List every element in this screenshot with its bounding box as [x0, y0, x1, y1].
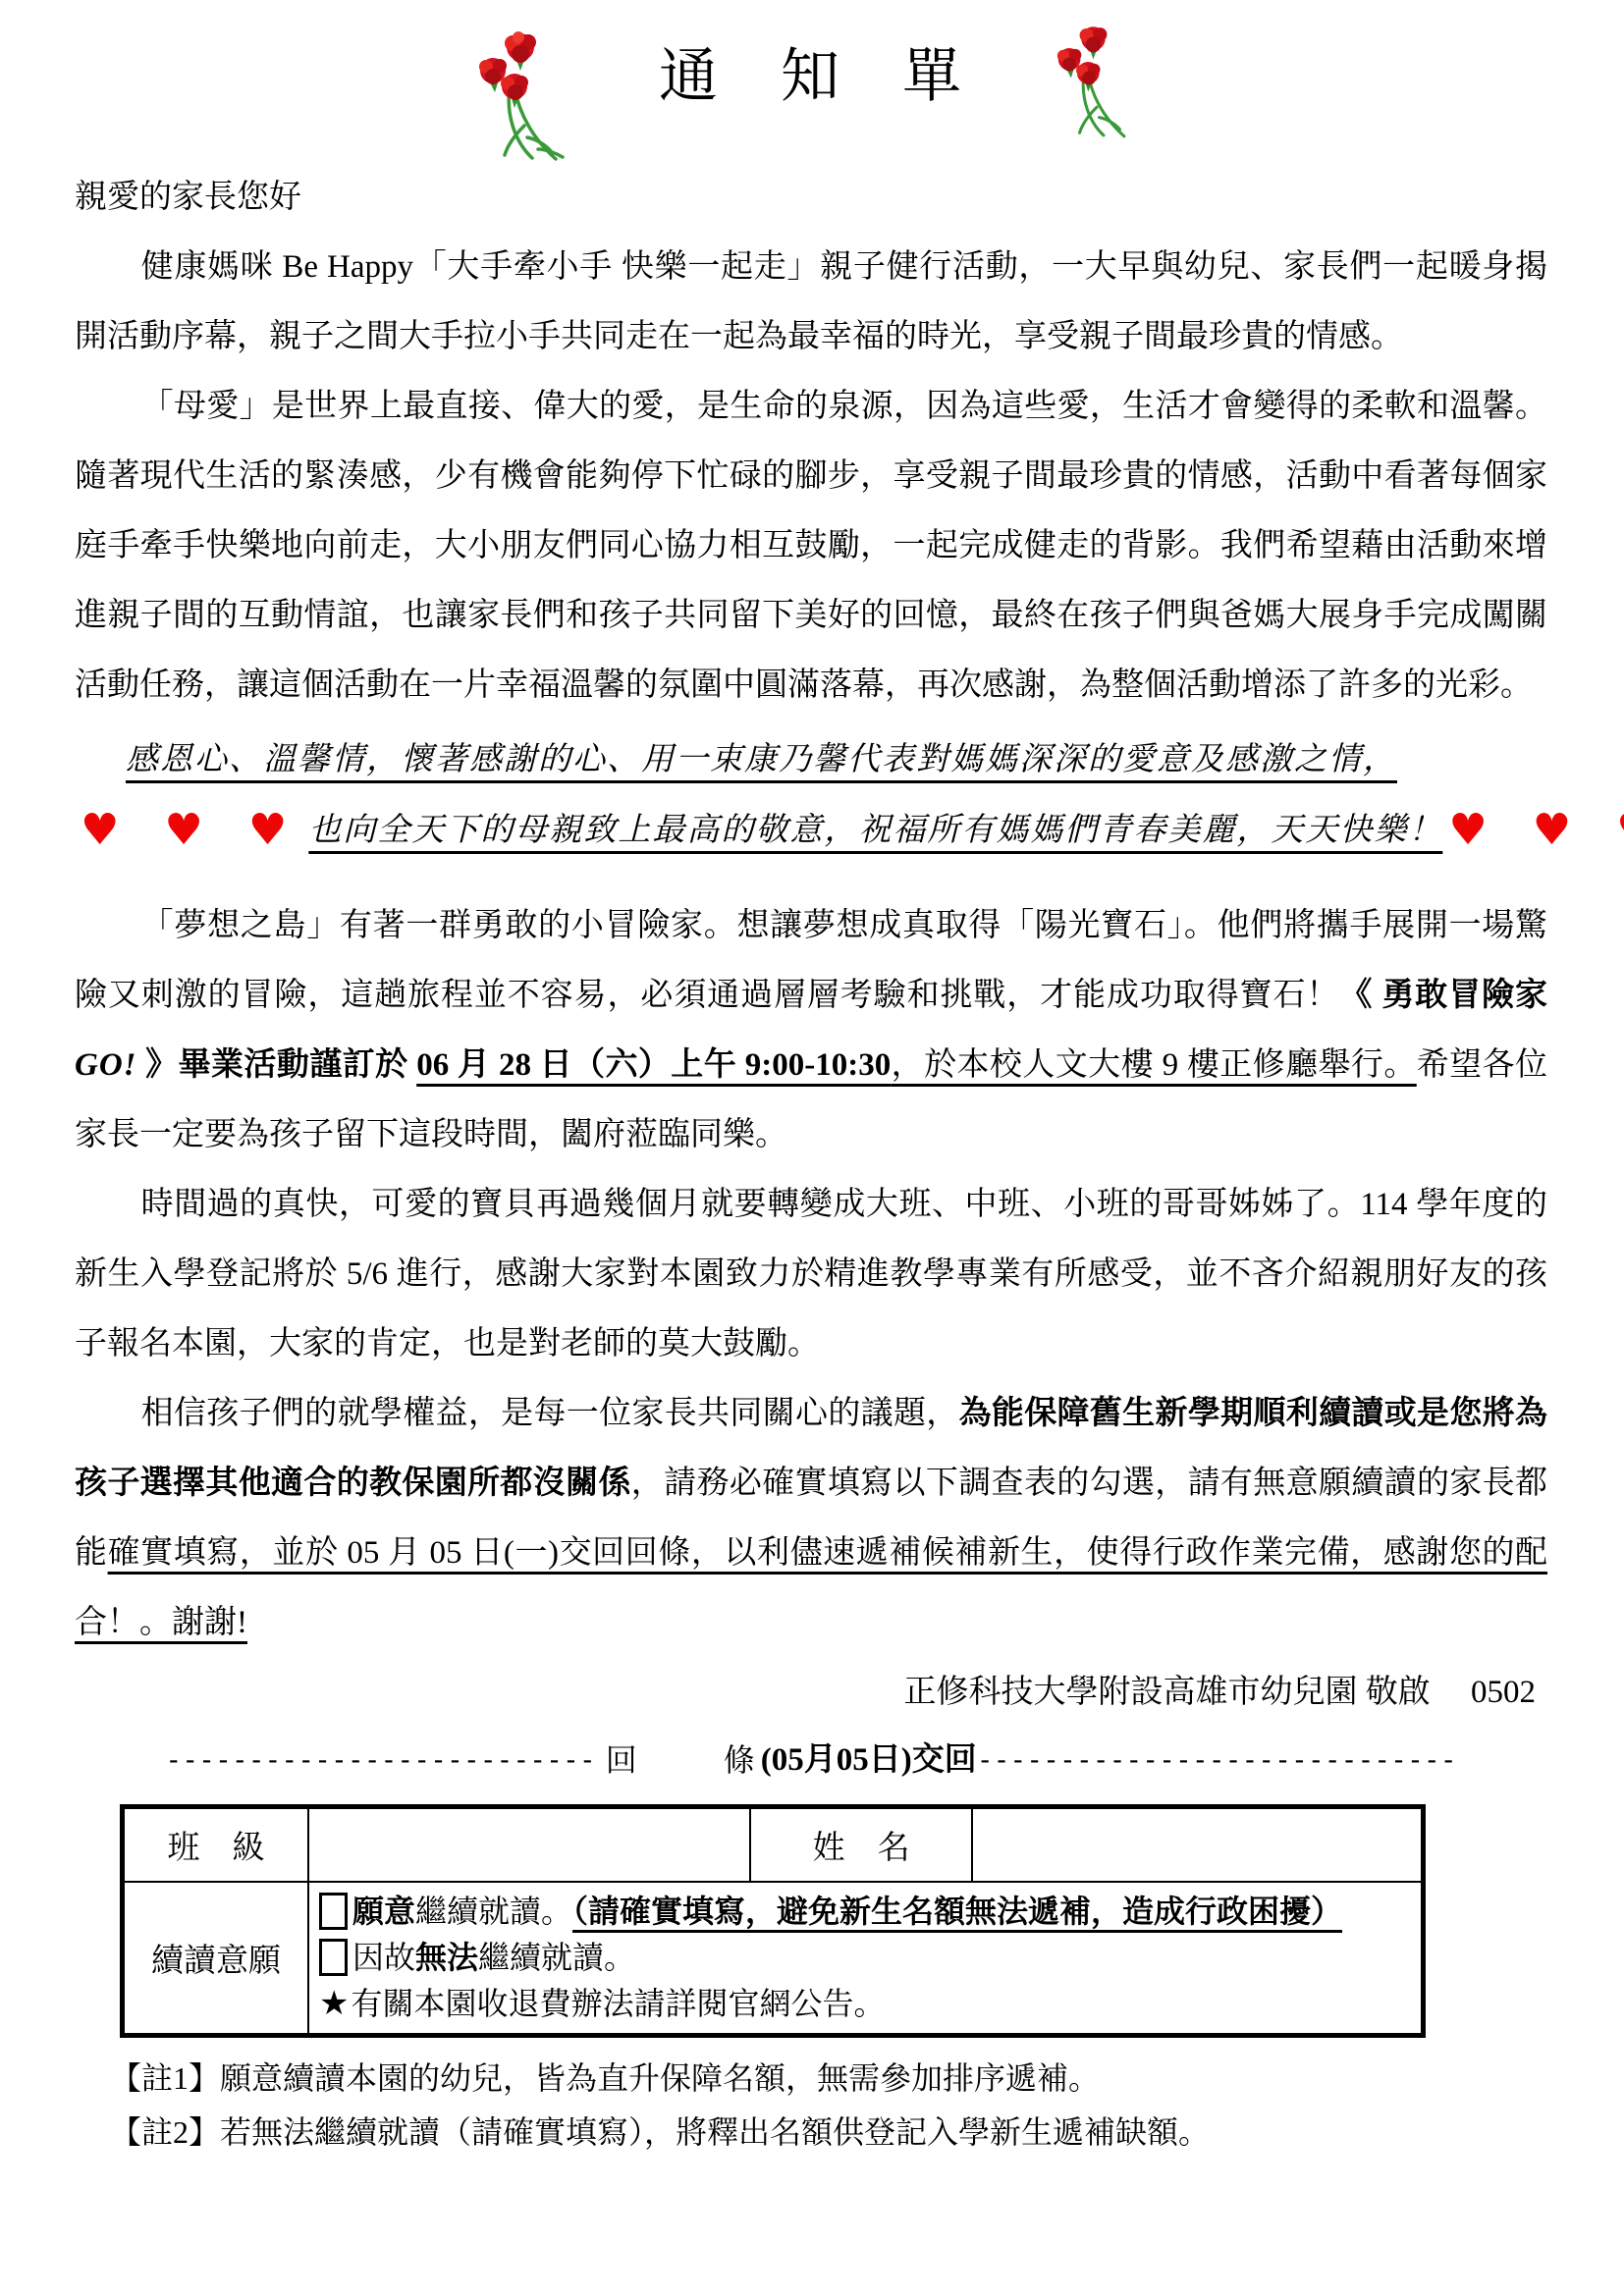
notice-document-page: 通 知 單: [0, 0, 1624, 2296]
continue-checkbox[interactable]: [319, 1893, 348, 1930]
carnation-heads: [1057, 27, 1108, 91]
option-fee-notice: ★有關本園收退費辦法請詳閱官網公告。: [319, 1981, 1413, 2027]
star-icon: ★: [319, 1984, 349, 2023]
dashed-rule-left: --------------------------: [165, 1732, 595, 1789]
title-section: 通 知 單: [75, 14, 1547, 163]
text-run: 無法: [415, 1940, 478, 1975]
text-run: 感恩心、溫馨情，懷著感謝的心、用一束康乃馨代表對媽媽深深的愛意及感激之情，: [126, 742, 1397, 777]
heart-icons-left: ♥ ♥ ♥: [81, 805, 302, 855]
name-label: 姓 名: [750, 1807, 971, 1882]
return-slip-divider: --------------------------回條(05月05日)交回--…: [75, 1732, 1547, 1789]
text-run: 時間過的真快，可愛的寶貝再過幾個月就要轉變成大班、中班、小班的哥哥姊姊了。114…: [75, 1187, 1547, 1362]
footnote-1: 【註1】願意續讀本園的幼兒，皆為直升保障名額，無需參加排序遞補。: [110, 2052, 1547, 2106]
carnation-bouquet-icon: [465, 27, 568, 165]
carnation-bouquet-icon: [1039, 22, 1141, 141]
heart-icons-right: ♥ ♥ ♥: [1448, 805, 1624, 855]
text-run: 繼續就讀。: [415, 1894, 572, 1929]
text-run: 《 勇敢冒險家: [1339, 978, 1547, 1013]
footnote-2: 【註2】若無法繼續就讀（請確實填寫），將釋出名額供登記入學新生遞補缺額。: [110, 2106, 1547, 2160]
greeting: 親愛的家長您好: [75, 163, 1547, 233]
text-run: 相信孩子們的就學權益，是每一位家長共同關心的議題，: [141, 1396, 959, 1431]
paragraph-walk-activity: 健康媽咪 Be Happy「大手牽小手 快樂一起走」親子健行活動，一大早與幼兒、…: [75, 233, 1547, 372]
table-row-identity: 班 級 姓 名: [123, 1807, 1424, 1882]
paragraph-new-enrollment: 時間過的真快，可愛的寶貝再過幾個月就要轉變成大班、中班、小班的哥哥姊姊了。114…: [75, 1170, 1547, 1379]
option-continue: 願意繼續就讀。（請確實填寫，避免新生名額無法遞補，造成行政困擾）: [319, 1889, 1413, 1935]
text-run: 健康媽咪 Be Happy「大手牽小手 快樂一起走」親子健行活動，一大早與幼兒、…: [75, 249, 1547, 354]
text-run: 因故: [352, 1940, 415, 1975]
class-input-cell[interactable]: [308, 1807, 751, 1882]
paragraph-survey-request: 相信孩子們的就學權益，是每一位家長共同關心的議題，為能保障舊生新學期順利續讀或是…: [75, 1379, 1547, 1658]
reply-deadline: 確實填寫，並於 05 月 05 日(一)交回回條，以利儘速遞補候補新生，使得行政…: [75, 1535, 1547, 1640]
text-run: 有關本園收退費辦法請詳閱官網公告。: [351, 1986, 885, 2021]
signature-line: 正修科技大學附設高雄市幼兒園 敬啟 0502: [75, 1658, 1547, 1728]
intent-options-cell: 願意繼續就讀。（請確實填寫，避免新生名額無法遞補，造成行政困擾） 因故無法繼續就…: [308, 1882, 1424, 2036]
page-title: 通 知 單: [659, 29, 963, 114]
cannot-continue-checkbox[interactable]: [319, 1939, 348, 1976]
name-input-cell[interactable]: [972, 1807, 1424, 1882]
return-date: (05月05日)交回: [761, 1732, 977, 1789]
text-run: 回: [606, 1732, 637, 1789]
reply-slip-table: 班 級 姓 名 續讀意願 願意繼續就讀。（請確實填寫，避免新生名額無法遞補，造成…: [120, 1804, 1426, 2038]
class-label: 班 級: [123, 1807, 308, 1882]
text-run: 條: [724, 1732, 755, 1789]
blessing-line-2: ♥ ♥ ♥也向全天下的母親致上最高的敬意，祝福所有媽媽們青春美麗，天天快樂！♥ …: [75, 795, 1547, 866]
text-run: （請確實填寫，避免新生名額無法遞補，造成行政困擾）: [572, 1894, 1342, 1929]
text-run: 願意: [352, 1894, 415, 1929]
paragraph-mothers-love: 「母愛」是世界上最直接、偉大的愛，是生命的泉源，因為這些愛，生活才會變得的柔軟和…: [75, 372, 1547, 721]
text-run: 「母愛」是世界上最直接、偉大的愛，是生命的泉源，因為這些愛，生活才會變得的柔軟和…: [75, 389, 1547, 703]
text-run: 也向全天下的母親致上最高的敬意，祝福所有媽媽們青春美麗，天天快樂！: [308, 813, 1442, 848]
table-row-intent: 續讀意願 願意繼續就讀。（請確實填寫，避免新生名額無法遞補，造成行政困擾） 因故…: [123, 1882, 1424, 2036]
carnation-heads: [479, 31, 536, 108]
mothers-day-blessing: 感恩心、溫馨情，懷著感謝的心、用一束康乃馨代表對媽媽深深的愛意及感激之情， ♥ …: [75, 724, 1547, 866]
footnotes: 【註1】願意續讀本園的幼兒，皆為直升保障名額，無需參加排序遞補。 【註2】若無法…: [75, 2052, 1547, 2160]
intent-label: 續讀意願: [123, 1882, 308, 2036]
dashed-rule-right: -----------------------------: [977, 1732, 1457, 1789]
event-location: ，於本校人文大樓 9 樓正修廳舉行。: [891, 1047, 1417, 1083]
text-run: 「夢想之島」有著一群勇敢的小冒險家。想讓夢想成真取得「陽光寶石」。他們將攜手展開…: [75, 908, 1547, 1013]
blessing-line-1: 感恩心、溫馨情，懷著感謝的心、用一束康乃馨代表對媽媽深深的愛意及感激之情，: [75, 724, 1547, 795]
text-run: GO!: [75, 1047, 137, 1083]
paragraph-graduation-event: 「夢想之島」有著一群勇敢的小冒險家。想讓夢想成真取得「陽光寶石」。他們將攜手展開…: [75, 891, 1547, 1170]
event-datetime: 06 月 28 日（六）上午 9:00-10:30: [416, 1047, 891, 1083]
option-cannot-continue: 因故無法繼續就讀。: [319, 1935, 1413, 1981]
text-run: 》畢業活動謹訂於: [137, 1047, 417, 1083]
text-run: 繼續就讀。: [478, 1940, 635, 1975]
